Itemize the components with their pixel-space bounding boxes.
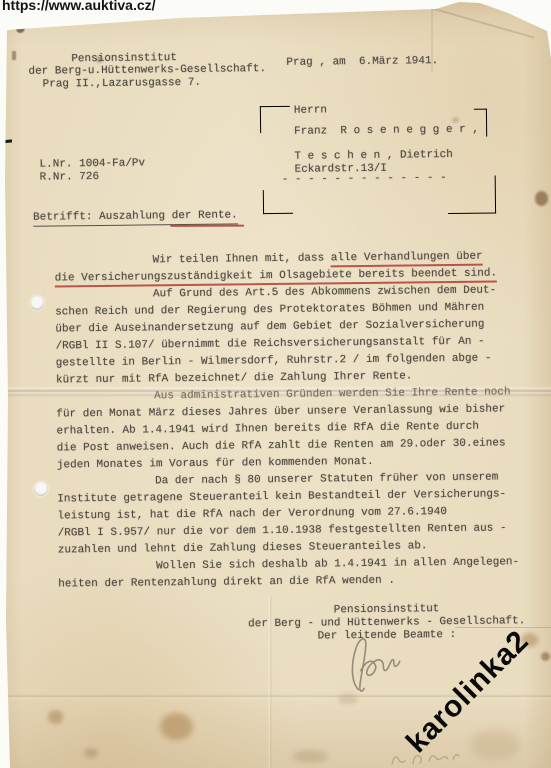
reference-line: L.Nr. 1004-Fa/Pv <box>39 157 145 171</box>
recipient-block: HerrnFranz R o s e n e g g e r ,T e s c … <box>294 103 480 177</box>
subject-red-underline <box>170 225 244 227</box>
recipient-line: T e s c h e n , Dietrich <box>294 149 479 164</box>
url-watermark: https://www.auktiva.cz/ <box>2 0 156 14</box>
address-underline-dashes: - - - - - - - - - - - - - <box>282 173 447 185</box>
letter-body: Wir teilen Ihnen mit, dass alle Verhandl… <box>55 248 535 593</box>
recipient-line: Franz R o s e n e g g e r , <box>294 124 479 139</box>
address-frame-corner-bottom-left <box>263 190 293 214</box>
sender-address: Prag II.,Lazarusgasse 7. <box>42 75 201 94</box>
reference-numbers: L.Nr. 1004-Fa/PvR.Nr. 726 <box>39 157 145 184</box>
recipient-line: Herrn <box>294 103 479 118</box>
paper-sheet: Pensionsinstitut der Berg-u.Hüttenwerks-… <box>0 0 551 768</box>
dateline: Prag , am 6.März 1941. <box>286 53 438 72</box>
address-frame-corner-bottom-right <box>448 175 496 214</box>
scanned-letter: Pensionsinstitut der Berg-u.Hüttenwerks-… <box>0 0 551 768</box>
reference-line: R.Nr. 726 <box>40 170 146 184</box>
typed-content: Pensionsinstitut der Berg-u.Hüttenwerks-… <box>0 0 551 768</box>
address-frame-corner-top-left <box>260 106 290 133</box>
